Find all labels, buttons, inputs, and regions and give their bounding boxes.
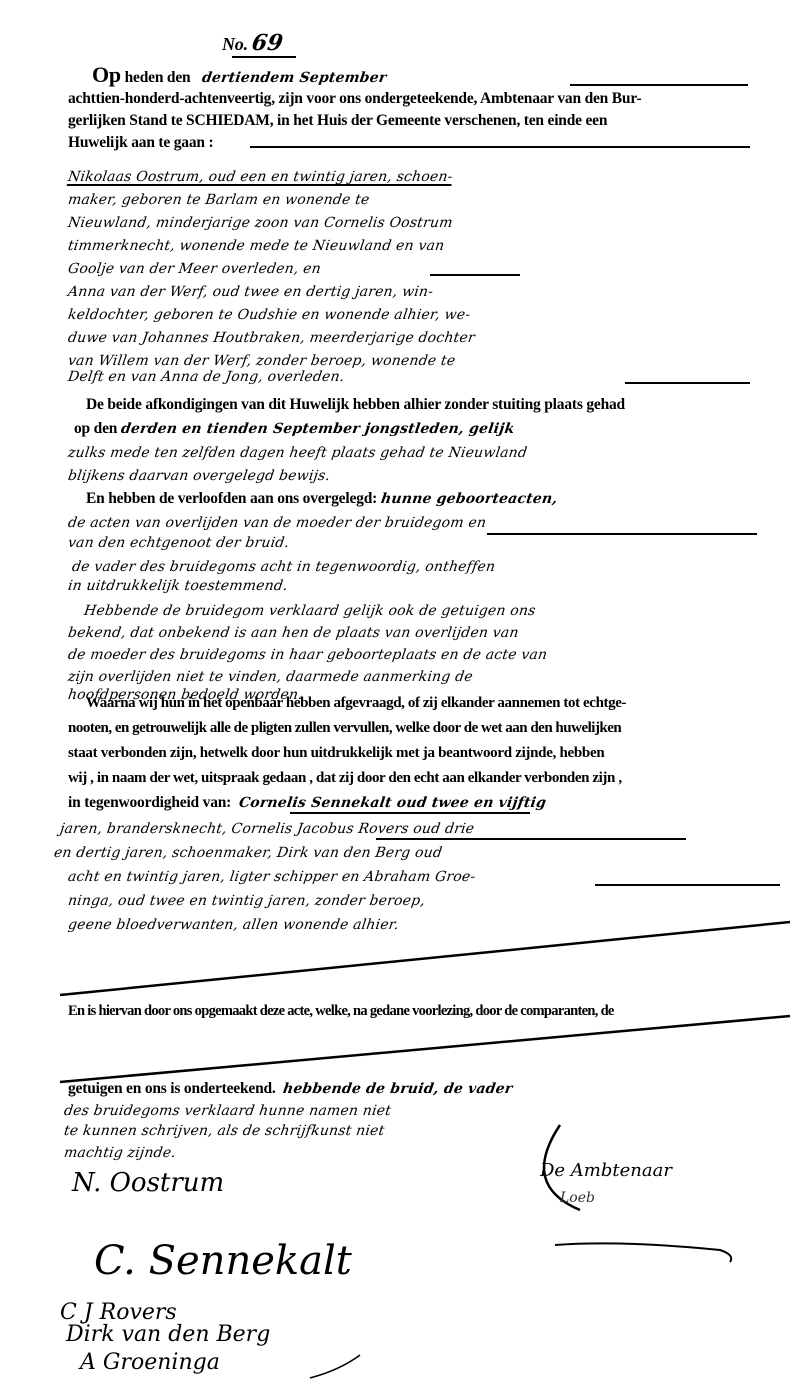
signature-official-title: De Ambtenaar	[540, 1160, 672, 1181]
signature-groom: N. Oostrum	[72, 1168, 224, 1198]
signature-official: Loeb	[560, 1190, 595, 1206]
closing-hand: hebbende de bruid, de vader	[281, 1078, 513, 1100]
signature-witness-1: C. Sennekalt	[94, 1238, 352, 1284]
signature-witness-4: A Groeninga	[80, 1350, 220, 1375]
signature-witness-3: Dirk van den Berg	[66, 1322, 270, 1347]
closing-hand: te kunnen schrijven, als de schrijfkunst…	[62, 1120, 777, 1142]
closing-signed-text: getuigen en ons is onderteekend.	[68, 1080, 276, 1097]
marriage-certificate-page: No. 69 Op heden den dertiendem September…	[0, 0, 800, 1400]
closing-hand: des bruidegoms verklaard hunne namen nie…	[62, 1100, 777, 1122]
closing-line: En is hiervan door ons opgemaakt deze ac…	[68, 1000, 780, 1022]
